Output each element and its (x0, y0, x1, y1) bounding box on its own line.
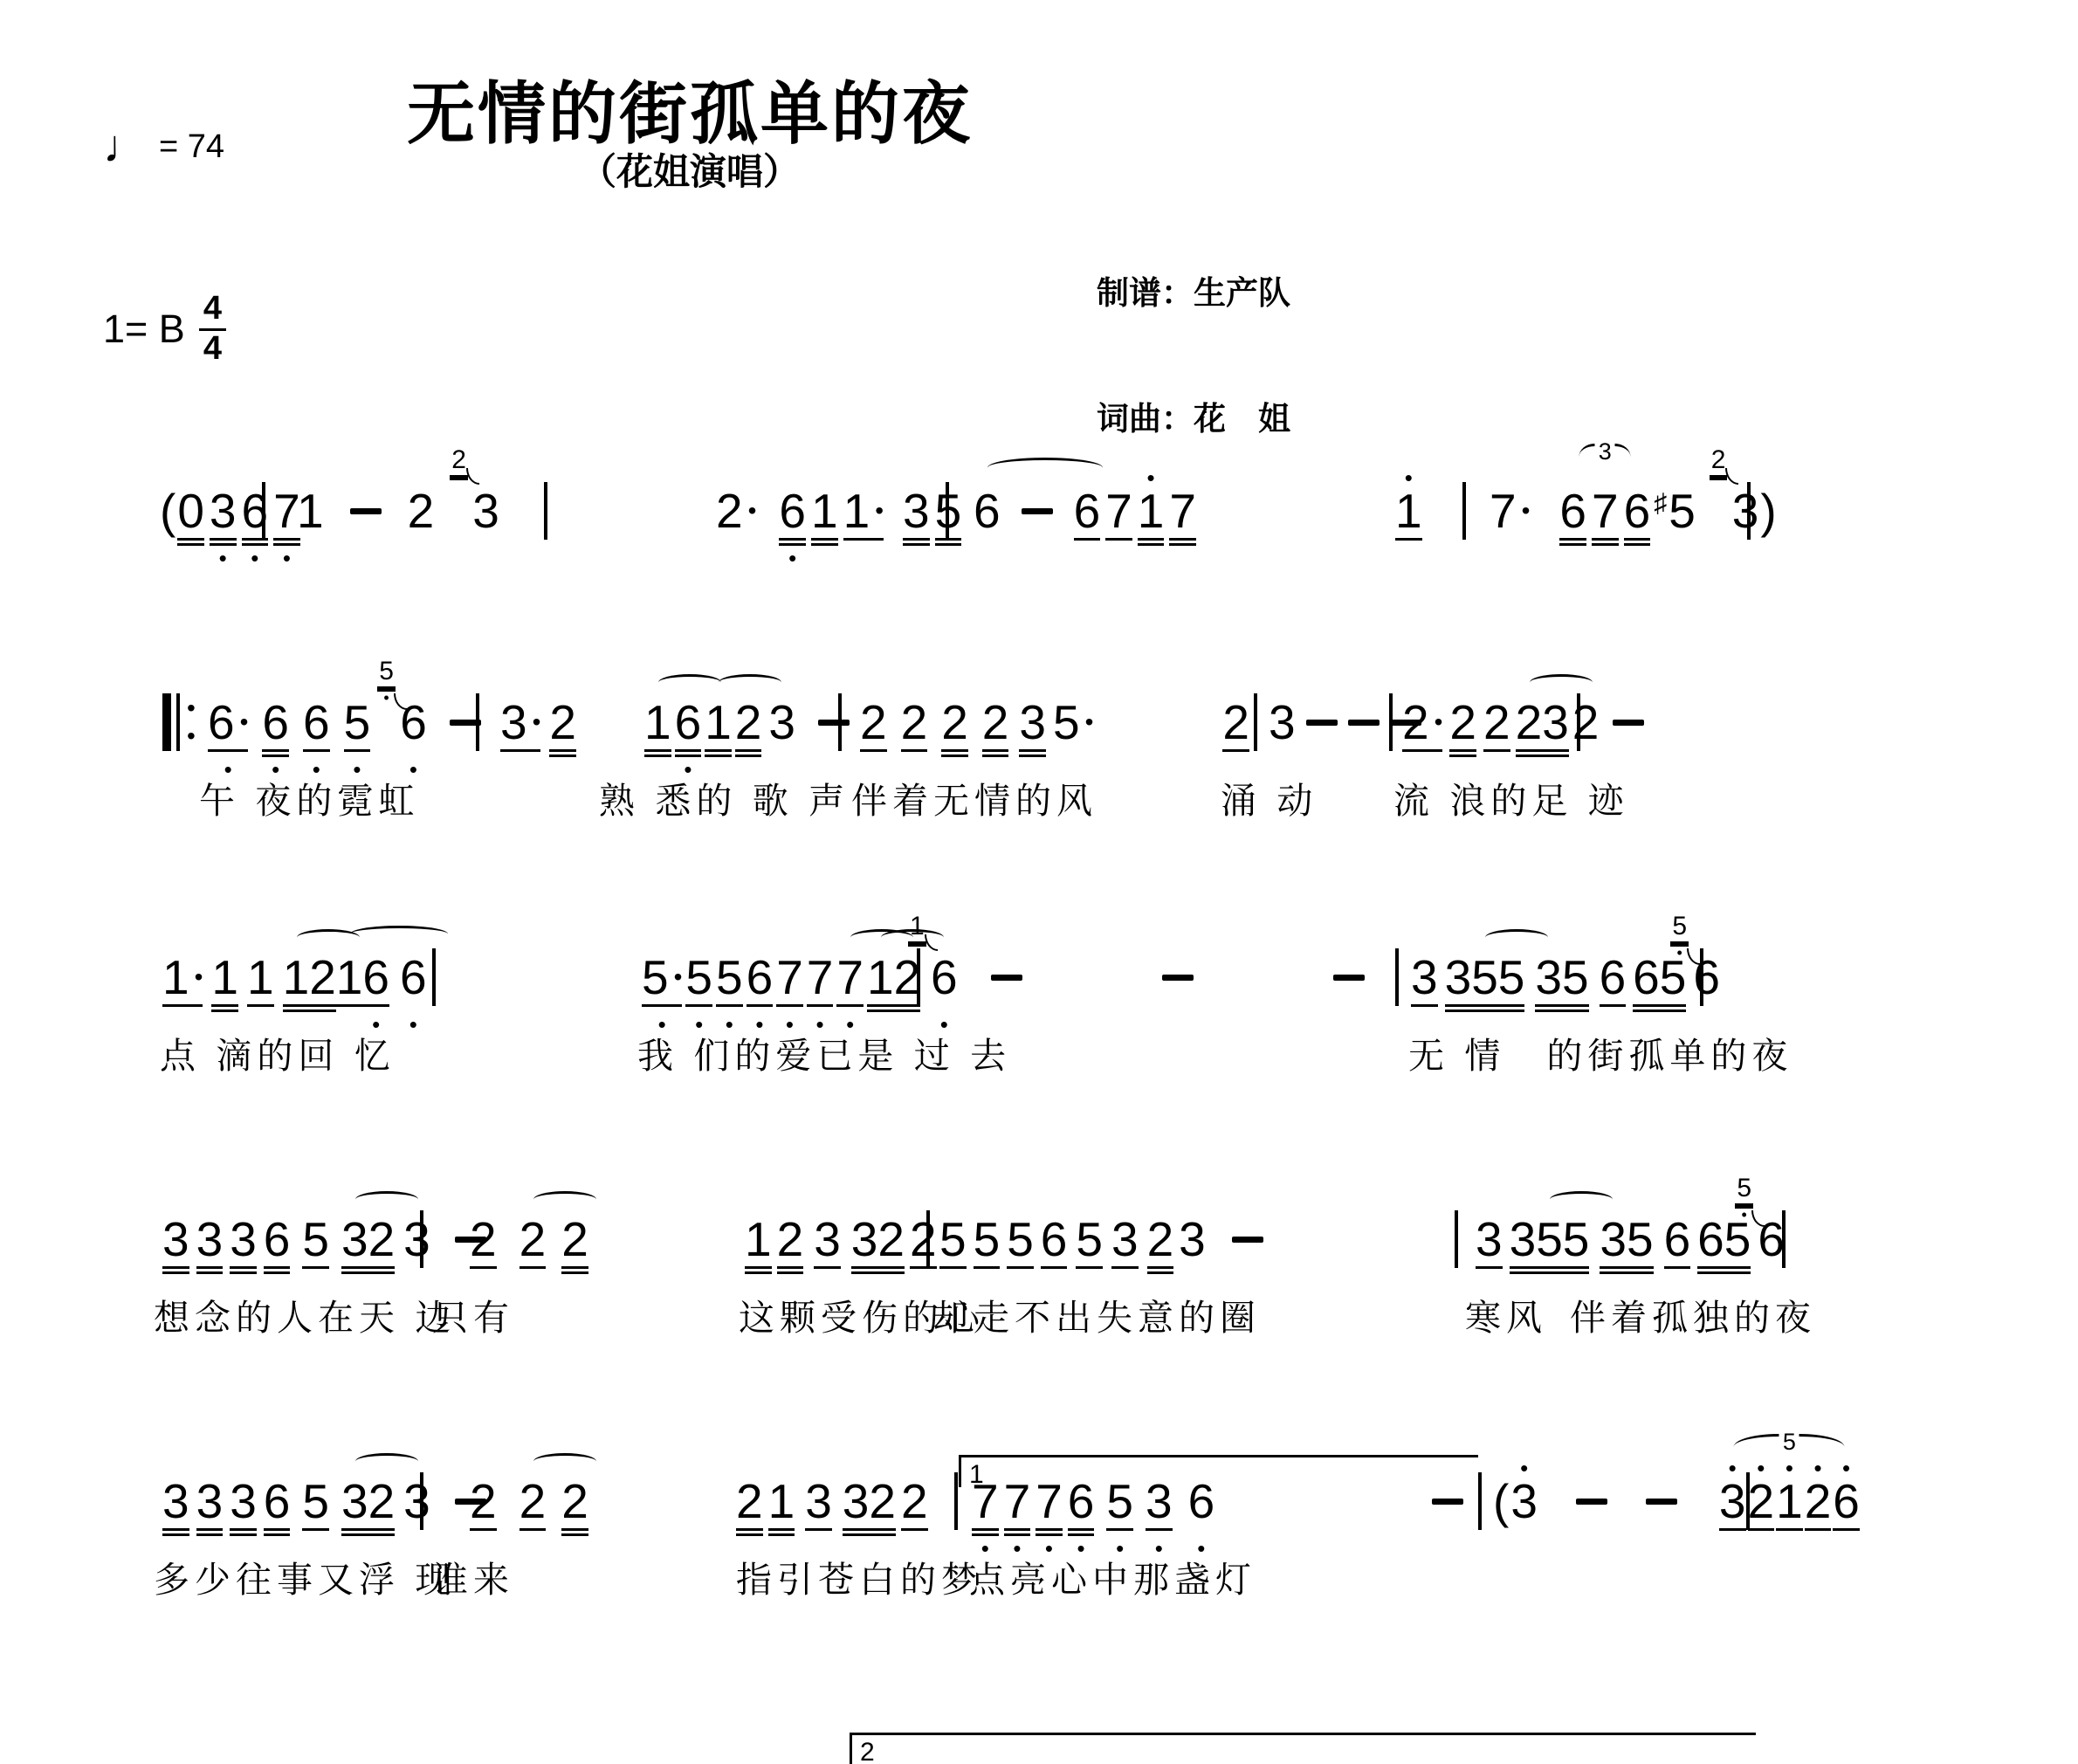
note-2: 2 (549, 683, 576, 778)
note-6: 6 (1664, 1200, 1691, 1295)
high-octave-dot (1306, 683, 1338, 698)
note-glyph-row: 2 (1147, 1215, 1174, 1264)
volta-number: 2 (860, 1738, 875, 1764)
repeat-begin-sign: •• (162, 683, 196, 751)
note-digit: 6 (779, 487, 806, 535)
grace-low-octave-dot: • (1742, 1211, 1747, 1219)
note-glyph-row: 7 (836, 953, 864, 1002)
beam-underlines (1758, 1264, 1785, 1280)
note-glyph-row: 6 (362, 953, 389, 1002)
beam-underlines (1660, 1002, 1687, 1018)
note-6: 6• (362, 938, 389, 1033)
note-glyph-row: 6 (1074, 486, 1101, 535)
barline-rule (917, 948, 920, 1006)
note-digit: 5 (642, 954, 669, 1002)
note-digit: 6 (1559, 487, 1586, 535)
note-glyph-row (1232, 1215, 1263, 1264)
note-3: 3 (1269, 683, 1296, 778)
augmentation-dot: • (195, 965, 203, 989)
measure-group (917, 938, 920, 1006)
note-7: 7• (836, 938, 864, 1033)
note-glyph-row: 2 (519, 1477, 547, 1526)
note-digit: 6 (208, 699, 235, 747)
note-glyph-row: 3 (851, 1215, 878, 1264)
slur-arc (1530, 674, 1593, 691)
note-glyph-row (818, 698, 850, 747)
note-glyph-row: 3 (1510, 1477, 1538, 1526)
note-1: 1 (297, 472, 324, 567)
note-digit: 3 (903, 487, 930, 535)
beam-underlines (974, 535, 1001, 552)
measure-group: 7•6376♯523) (1490, 472, 1777, 567)
note-3: 3 (1019, 683, 1046, 778)
measure-group: •• (162, 683, 196, 751)
duration-dash (1162, 975, 1194, 981)
measure-group: 2•6•11•35 (716, 472, 961, 567)
note-digit: 5 (344, 699, 371, 747)
low-octave-dot (1833, 1542, 1860, 1557)
barline-rule (420, 1210, 423, 1268)
barline-rule (1746, 1472, 1750, 1530)
note-7: 7• (807, 938, 834, 1033)
grace-low-octave-dot: • (1677, 949, 1682, 957)
note-digit: 2 (309, 954, 336, 1002)
beam-underlines (877, 1264, 905, 1280)
note-2: 2 (910, 1200, 937, 1295)
beam-underlines (811, 535, 838, 552)
note-glyph-row: 0 (177, 486, 204, 535)
note-digit: 1 (705, 699, 732, 747)
barline-rule (1455, 1210, 1458, 1268)
note-glyph-row: 6 (1664, 1215, 1691, 1264)
repeat-thin-bar (176, 693, 180, 751)
measure-group (544, 472, 547, 540)
note-3: 3 (903, 472, 930, 567)
dash-note (818, 683, 850, 778)
beam-underlines (162, 1264, 189, 1280)
note-glyph-row: 3 (1542, 698, 1569, 747)
measure-group (420, 1462, 423, 1530)
low-octave-dot (716, 552, 756, 567)
note-glyph-row: 1 (1776, 1477, 1803, 1526)
beam-underlines (1041, 1264, 1068, 1280)
beam-underlines (1516, 747, 1543, 763)
note-glyph-row: 3 (1269, 698, 1296, 747)
note-2: 2 (736, 1462, 763, 1557)
measure-group (262, 472, 265, 540)
measure-group: 123322 (745, 1200, 937, 1295)
low-octave-dot (450, 763, 481, 778)
low-octave-dot (1105, 552, 1132, 567)
beam-underlines (1693, 1002, 1720, 1018)
beam-underlines (1760, 535, 1776, 552)
note-glyph-row: 2 (869, 1477, 896, 1526)
note-1: 1 (336, 938, 363, 1033)
measure-group (946, 472, 949, 540)
note-digit: 2 (941, 699, 968, 747)
dash-note (1646, 1462, 1677, 1557)
lyric-phrase: 多少往事又浮 现 (154, 1551, 456, 1602)
augmentation-dot: • (674, 965, 683, 989)
note-7: 7 (1169, 472, 1196, 567)
dash-note (1022, 472, 1053, 567)
note-glyph-row: 7 (807, 953, 834, 1002)
note-digit: 1 (336, 954, 363, 1002)
parenthesis: ( (1493, 1462, 1509, 1557)
note-3: 23 (1732, 472, 1759, 567)
parenthesis-glyph: ( (160, 487, 175, 535)
note-digit: 6 (1697, 1216, 1724, 1264)
note-digit: 2 (1748, 1478, 1775, 1526)
grace-digit: 2 (1710, 447, 1728, 477)
high-octave-dot (1232, 1200, 1263, 1215)
note-glyph-row: 1 (336, 953, 363, 1002)
grace-digit: 2 (450, 447, 468, 477)
credit-composer: 词曲：花 姐 (1097, 398, 1290, 440)
measure-group: 222 (470, 1200, 588, 1295)
beam-underlines (561, 1526, 588, 1542)
note-glyph-row: 3 (903, 486, 930, 535)
beam-underlines (1053, 747, 1093, 763)
low-octave-dot (1138, 552, 1165, 567)
notation-line-4: 33365323222123322555653233355356655•6想念的… (0, 1200, 2078, 1348)
note-glyph-row: 3 (230, 1215, 257, 1264)
note-2: 2 (860, 683, 887, 778)
grace-note: 5• (1670, 913, 1689, 957)
beam-underlines (1510, 1264, 1537, 1280)
note-glyph-row: 2 (910, 1215, 937, 1264)
measure-group: (•3•3•25•1•2•6 (1493, 1462, 1860, 1557)
barline-rule (432, 948, 436, 1006)
note-glyph-row: 2 (368, 1215, 396, 1264)
note-3: 3 (1535, 938, 1562, 1033)
note-glyph-row: 5 (302, 1215, 329, 1264)
note-3: 3 (403, 1200, 430, 1295)
beam-underlines (302, 1526, 329, 1542)
note-digit: 3 (1476, 1216, 1503, 1264)
note-glyph-row (991, 953, 1022, 1002)
note-digit: 2 (901, 1478, 928, 1526)
note-3: 3 (768, 683, 795, 778)
lyric-phrase: 点 滴的回 忆 (160, 1027, 396, 1078)
beam-underlines (264, 1526, 291, 1542)
beam-underlines (1022, 535, 1053, 552)
note-digit: 2 (860, 699, 887, 747)
augmentation-dot: • (1522, 499, 1531, 523)
low-octave-dot (1776, 1542, 1803, 1557)
note-digit: 3 (403, 1216, 430, 1264)
note-glyph-row: 3 (768, 698, 795, 747)
barline-rule (1700, 948, 1703, 1006)
note-digit: 7 (836, 954, 864, 1002)
barline-rule (1747, 482, 1751, 540)
measure-group (1577, 683, 1580, 751)
note-3: 3• (500, 683, 540, 778)
note-glyph-row: 3 (1719, 1477, 1746, 1526)
beam-underlines (1333, 1002, 1365, 1018)
beam-underlines (1613, 747, 1644, 763)
note-glyph-row: 2 (901, 698, 928, 747)
beam-underlines (297, 535, 324, 552)
duration-dash (818, 720, 850, 726)
note-digit: 6 (264, 1216, 291, 1264)
barline (262, 472, 265, 540)
note-digit: 1 (1776, 1478, 1803, 1526)
beam-underlines (1169, 535, 1196, 552)
note-digit: 2 (877, 1216, 905, 1264)
beam-underlines (368, 1526, 396, 1542)
note-glyph-row (1333, 953, 1365, 1002)
note-glyph-row: 2 (777, 1215, 804, 1264)
note-6: 5•6• (400, 683, 427, 778)
beam-underlines (1483, 747, 1510, 763)
barline (420, 1462, 423, 1530)
note-digit: 7 (1169, 487, 1196, 535)
notation-line-1: (03•6•7•12232•6•11•35667•17•17•6376♯523) (0, 472, 2078, 620)
beam-underlines (196, 1526, 224, 1542)
dash-note (1576, 1462, 1607, 1557)
note-digit: 1 (283, 954, 310, 1002)
beam-underlines (350, 535, 382, 552)
measure-group: 33365323 (162, 1200, 486, 1295)
high-octave-dot (1576, 1462, 1607, 1477)
grace-note: 2 (1710, 447, 1728, 477)
note-digit: 5 (716, 954, 743, 1002)
repeat-thick-bar (162, 693, 171, 751)
note-digit: 3 (1445, 954, 1472, 1002)
note-glyph-row: 5• (642, 953, 682, 1002)
note-glyph-row: 5 (1563, 1215, 1590, 1264)
barline (1746, 1462, 1750, 1530)
note-digit: 3 (341, 1216, 368, 1264)
dash-note (1162, 938, 1194, 1033)
beam-underlines (1654, 535, 1696, 552)
measure-group: 667•17 (974, 472, 1196, 567)
note-2: 2 (368, 1462, 396, 1557)
note-glyph-row: 6 (931, 953, 958, 1002)
tuplet-arc-right (1615, 444, 1631, 457)
note-digit: 1 (1395, 487, 1422, 535)
note-glyph-row: 3• (500, 698, 540, 747)
parenthesis: ( (160, 472, 175, 567)
high-octave-dot (350, 472, 382, 486)
measure-group: 3355356655•6 (1476, 1200, 1785, 1295)
beam-underlines (1395, 535, 1422, 552)
note-2: •2 (1805, 1462, 1832, 1557)
beam-underlines (403, 1526, 430, 1542)
beam-underlines (1724, 1264, 1751, 1280)
measure-group: 16• (931, 938, 1365, 1033)
note-glyph-row: 3 (1019, 698, 1046, 747)
beam-underlines (341, 1526, 368, 1542)
high-octave-dot (1333, 938, 1365, 953)
note-glyph-row: 3 (1732, 486, 1759, 535)
note-digit: 3 (814, 1216, 841, 1264)
measure-group: 5••5•5•6•7•7•7•12 (642, 938, 920, 1033)
note-glyph-row: 7 (776, 953, 803, 1002)
beam-underlines (309, 1002, 336, 1018)
beam-underlines (160, 535, 175, 552)
grace-digit: 1 (908, 913, 926, 943)
note-glyph-row: 6 (1559, 486, 1586, 535)
note-2: 2 (309, 938, 336, 1033)
note-glyph-row: 2• (716, 486, 756, 535)
note-digit: 6 (931, 954, 958, 1002)
note-3: •3 (1510, 1462, 1538, 1557)
note-2: 2 (982, 683, 1009, 778)
low-octave-dot (561, 1280, 588, 1295)
note-5: 5 (1498, 938, 1525, 1033)
note-1: 1 (283, 938, 310, 1033)
note-digit: 5 (685, 954, 712, 1002)
note-digit: 2 (1147, 1216, 1174, 1264)
measure-group: 222 (470, 1462, 588, 1557)
note-digit: 5 (974, 1216, 1001, 1264)
note-glyph-row: 6 (262, 698, 289, 747)
barline (954, 1462, 958, 1530)
note-glyph-row: 3 (805, 1477, 832, 1526)
note-1: 1 (644, 683, 671, 778)
time-signature-bottom: 4 (203, 331, 222, 367)
measure-group (1478, 1462, 1482, 1530)
lyric-phrase: 流 浪的足 迹 (1393, 772, 1629, 823)
note-glyph-row: 5 (344, 698, 371, 747)
note-glyph-row: 2 (470, 1215, 497, 1264)
note-digit: 6 (1041, 1216, 1068, 1264)
note-digit: 6 (264, 1478, 291, 1526)
note-glyph-row: 5 (1562, 953, 1589, 1002)
note-digit: 5 (1563, 1216, 1590, 1264)
note-glyph-row: 2 (901, 1477, 928, 1526)
note-0: 0 (177, 472, 204, 567)
note-glyph-row: 1 (811, 486, 838, 535)
beam-underlines (1111, 1264, 1139, 1280)
note-5: 5 (1536, 1200, 1563, 1295)
beam-underlines (1402, 747, 1442, 763)
note-glyph-row: 3 (1510, 1215, 1537, 1264)
note-digit: 2 (1516, 699, 1543, 747)
beam-underlines (230, 1526, 257, 1542)
note-3: 3 (843, 1462, 870, 1557)
beam-underlines (561, 1264, 588, 1280)
note-digit: 6 (1833, 1478, 1860, 1526)
low-octave-dot (974, 552, 1001, 567)
note-digit: 3 (1179, 1216, 1206, 1264)
beam-underlines (736, 1526, 763, 1542)
note-glyph-row: 6 (747, 953, 774, 1002)
note-glyph-row: 6 (779, 486, 806, 535)
beam-underlines (867, 1002, 894, 1018)
sharp-icon: ♯ (1654, 491, 1667, 517)
note-glyph-row: 5 (1076, 1215, 1103, 1264)
note-5: 5 (1563, 1200, 1590, 1295)
measure-group: 3355356655•6 (1411, 938, 1720, 1033)
measure-group (1389, 683, 1393, 751)
note-digit: 3 (162, 1478, 189, 1526)
note-glyph-row: 2 (1805, 1477, 1832, 1526)
note-7: 7 (1105, 472, 1132, 567)
dash-note (1333, 938, 1365, 1033)
note-glyph-row: 1 (745, 1215, 772, 1264)
note-digit: 3 (1111, 1216, 1139, 1264)
note-digit: 3 (1732, 487, 1759, 535)
note-digit: 5 (1562, 954, 1589, 1002)
note-digit: 2 (470, 1478, 497, 1526)
beam-underlines (910, 1264, 937, 1280)
measure-group: 1•111216•6• (162, 938, 427, 1033)
barline (1747, 472, 1751, 540)
high-octave-dot (1348, 683, 1380, 698)
beam-underlines (1076, 1264, 1103, 1280)
note-glyph-row: 1 (283, 953, 310, 1002)
lyric-phrase: 想念的人在天 边 (154, 1289, 456, 1340)
quintuplet-mark: 5 (1734, 1430, 1845, 1454)
dash-note (350, 472, 382, 567)
beam-underlines (162, 1002, 203, 1018)
measure-group (926, 1200, 930, 1268)
beam-underlines (1646, 1526, 1677, 1542)
beam-underlines (1432, 1526, 1463, 1542)
note-3: 3 (230, 1462, 257, 1557)
barline-rule (1462, 482, 1466, 540)
note-2: 2 (561, 1200, 588, 1295)
note-glyph-row: 2 (941, 698, 968, 747)
note-glyph-row: 3 (230, 1477, 257, 1526)
note-5: 5 (1007, 1200, 1034, 1295)
note-digit: 2 (519, 1478, 547, 1526)
measure-group: (03•6•7• (160, 472, 300, 567)
tempo-value: = 74 (159, 128, 224, 166)
notation-line-3: 1•111216•6•5••5•5•6•7•7•7•1216•335535665… (0, 938, 2078, 1086)
note-2: 2• (1402, 683, 1442, 778)
note-glyph-row (1646, 1477, 1677, 1526)
grace-digit: 5 (1735, 1175, 1753, 1205)
beam-underlines (1105, 535, 1132, 552)
duration-dash (1232, 1237, 1263, 1243)
lyric-phrase: 伴着孤独的夜 (1570, 1289, 1816, 1340)
measure-group (1462, 472, 1466, 540)
note-glyph-row: 6 (1624, 486, 1651, 535)
note-glyph-row: 5 (302, 1477, 329, 1526)
barline (1254, 683, 1257, 751)
beam-underlines (716, 535, 756, 552)
note-digit: 6 (1600, 954, 1627, 1002)
note-glyph-row: 2 (561, 1477, 588, 1526)
note-glyph-row: 1 (1138, 486, 1165, 535)
low-octave-dot (561, 1542, 588, 1557)
beam-underlines (843, 1526, 870, 1542)
beam-underlines (549, 747, 576, 763)
note-1: 1• (843, 472, 884, 567)
note-digit: 3 (1411, 954, 1438, 1002)
quarter-note-icon: ♩ (103, 124, 148, 169)
note-1: •1 (1138, 472, 1165, 567)
note-digit: 2 (910, 1216, 937, 1264)
grace-low-octave-dot: • (383, 694, 389, 702)
barline-rule (926, 1210, 930, 1268)
key-label: 1= B (103, 307, 185, 352)
note-glyph-row: 5 (1627, 1215, 1654, 1264)
note-glyph-row: 3 (1535, 953, 1562, 1002)
note-glyph-row: 2 (1222, 698, 1249, 747)
note-5: 5• (716, 938, 743, 1033)
note-digit: 2 (869, 1478, 896, 1526)
note-digit: 3 (210, 487, 237, 535)
note-5: 5• (685, 938, 712, 1033)
note-6: 6• (262, 683, 289, 778)
dash-note (1232, 1200, 1263, 1295)
slur-arc (1550, 1191, 1613, 1208)
